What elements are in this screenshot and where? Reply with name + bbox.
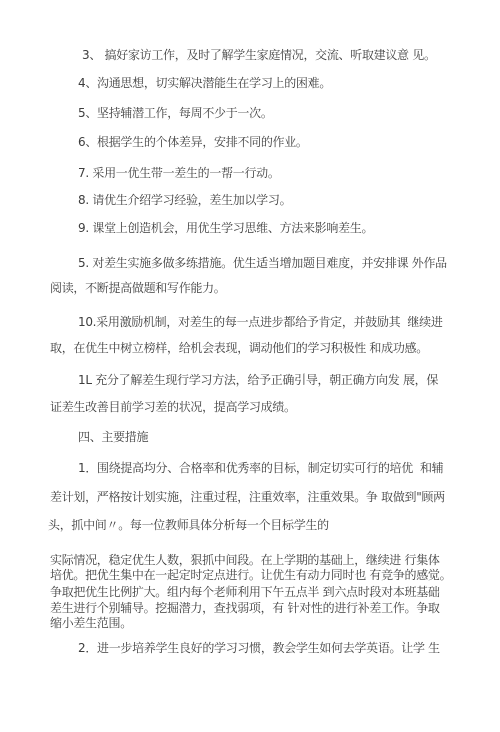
doc-line-measure-1-5: 培优。把优生集中在一起定时定点进行。让优生有动力同时也 有竞争的感觉。	[50, 567, 451, 583]
doc-line-item-5: 5、坚持辅潜工作，每周不少于一次。	[78, 105, 273, 121]
doc-line-item-5b-1: 5. 对差生实施多做多练措施。优生适当增加题目难度，并安排课 外作品	[78, 255, 447, 271]
doc-line-measure-1-4: 实际情况，稳定优生人数，狠抓中间段。在上学期的基础上，继续进 行集体	[50, 552, 440, 568]
doc-line-measure-2: 2．进一步培养学生良好的学习习惯，教会学生如何去学英语。让学 生	[78, 640, 440, 656]
doc-line-item-6: 6、根据学生的个体差异，安排不同的作业。	[78, 134, 308, 150]
doc-line-measure-1-7: 差生进行个别辅导。挖掘潜力，查找弱项，有 针对性的进行补差工作。争取	[50, 600, 440, 616]
doc-line-item-4: 4、沟通思想，切实解决潜能生在学习上的困难。	[78, 75, 331, 91]
doc-line-item-8: 8. 请优生介绍学习经验，差生加以学习。	[78, 192, 291, 208]
doc-line-item-11-1: 1L 充分了解差生现行学习方法，给予正确引导，朝正确方向发 展，保	[78, 372, 438, 388]
doc-line-item-11-2: 证差生改善目前学习差的状况，提高学习成绩。	[50, 399, 296, 415]
doc-line-item-10-2: 取，在优生中树立榜样，给机会表现，调动他们的学习积极性 和成功感。	[50, 340, 428, 356]
doc-line-measure-1-2: 差计划，严格按计划实施，注重过程，注重效率，注重效果。争 取做到"顾两	[50, 489, 445, 505]
doc-line-item-3: 3、 搞好家访工作，及时了解学生家庭情况，交流、听取建议意 见。	[82, 47, 436, 63]
doc-line-item-9: 9. 课堂上创造机会，用优生学习思维、方法来影响差生。	[78, 220, 373, 236]
doc-heading-section-4: 四、主要措施	[78, 429, 148, 445]
doc-line-item-10-1: 10.采用激励机制，对差生的每一点进步都给予肯定，并鼓励其 继续进	[78, 314, 443, 330]
doc-line-measure-1-1: 1．围绕提高均分、合格率和优秀率的目标，制定切实可行的培优 和辅	[78, 460, 443, 476]
doc-line-item-7: 7. 采用一优生带一差生的一帮一行动。	[78, 165, 280, 181]
doc-line-measure-1-8: 缩小差生范围。	[50, 615, 132, 631]
document-page: 3、 搞好家访工作，及时了解学生家庭情况，交流、听取建议意 见。 4、沟通思想，…	[0, 0, 500, 732]
doc-line-item-5b-2: 阅读，不断提高做题和写作能力。	[50, 280, 226, 296]
doc-line-measure-1-3: 头，抓中间〃。每一位教师具体分析每一个目标学生的	[48, 517, 329, 533]
doc-line-measure-1-6: 争取把优生比例扩大。组内每个老师利用下午五点半 到六点时段对本班基础	[50, 584, 440, 600]
